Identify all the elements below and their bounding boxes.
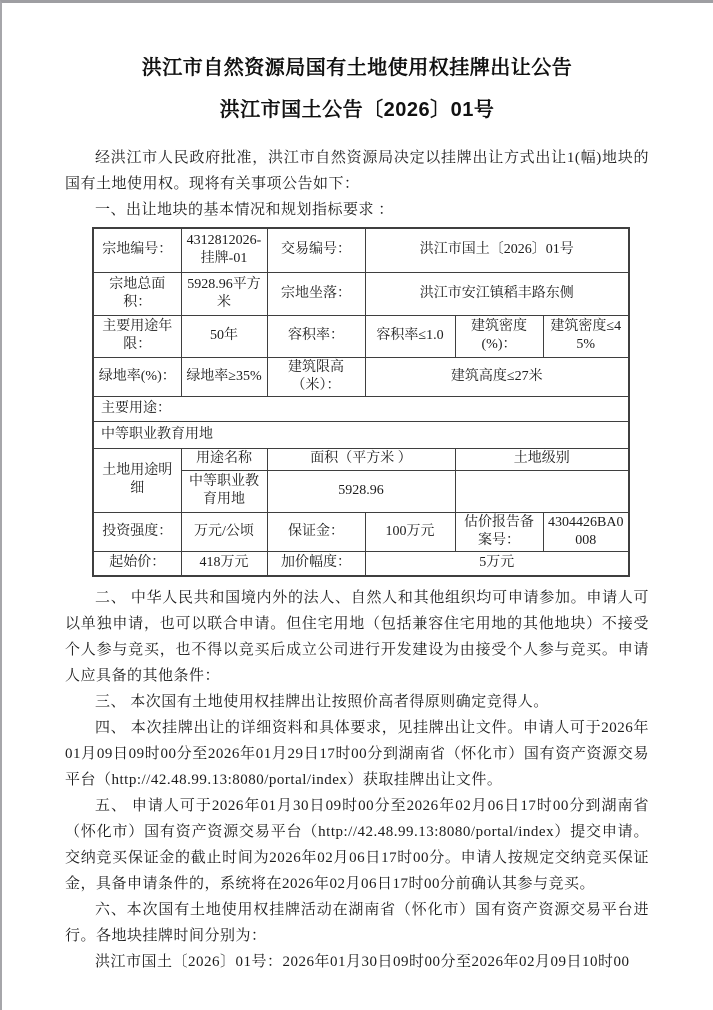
parcel-no-label: 宗地编号： xyxy=(93,228,181,272)
row-main-use-value: 中等职业教育用地 xyxy=(93,421,629,448)
parcel-no-value: 4312812026-挂牌-01 xyxy=(181,228,267,272)
density-value: 建筑密度≤45% xyxy=(543,315,629,357)
row-green-height: 绿地率(%)： 绿地率≥35% 建筑限高（米）： 建筑高度≤27米 xyxy=(93,357,629,396)
term-value: 50年 xyxy=(181,315,267,357)
row-term-ratio-density: 主要用途年限： 50年 容积率： 容积率≤1.0 建筑密度(%)： 建筑密度≤4… xyxy=(93,315,629,357)
paragraph-section4: 四、 本次挂牌出让的详细资料和具体要求，见挂牌出让文件。申请人可于2026年01… xyxy=(65,715,649,793)
trade-no-value: 洪江市国土〔2026〕01号 xyxy=(365,228,629,272)
row-main-use-label: 主要用途： xyxy=(93,396,629,421)
paragraph-section5: 五、 申请人可于2026年01月30日09时00分至2026年02月06日17时… xyxy=(65,793,649,897)
location-label: 宗地坐落： xyxy=(267,272,365,315)
row-investment-deposit: 投资强度： 万元/公顷 保证金： 100万元 估价报告备案号： 4304426B… xyxy=(93,512,629,551)
use-detail-label: 土地用途明细 xyxy=(93,448,181,512)
trade-no-label: 交易编号： xyxy=(267,228,365,272)
green-value: 绿地率≥35% xyxy=(181,357,267,396)
location-value: 洪江市安江镇稻丰路东侧 xyxy=(365,272,629,315)
investment-value: 万元/公顷 xyxy=(181,512,267,551)
paragraph-section3: 三、 本次国有土地使用权挂牌出让按照价高者得原则确定竞得人。 xyxy=(65,689,649,715)
use-name-value: 中等职业教育用地 xyxy=(181,470,267,512)
density-label: 建筑密度(%)： xyxy=(455,315,543,357)
document-title: 洪江市自然资源局国有土地使用权挂牌出让公告 xyxy=(65,55,649,81)
section1-heading: 一、出让地块的基本情况和规划指标要求 ： xyxy=(65,197,649,223)
appraisal-label: 估价报告备案号： xyxy=(455,512,543,551)
green-label: 绿地率(%)： xyxy=(93,357,181,396)
appraisal-value: 4304426BA0008 xyxy=(543,512,629,551)
row-use-detail-header: 土地用途明细 用途名称 面积（平方米 ） 土地级别 xyxy=(93,448,629,470)
increment-value: 5万元 xyxy=(365,551,629,576)
height-limit-value: 建筑高度≤27米 xyxy=(365,357,629,396)
main-use-label: 主要用途： xyxy=(93,396,629,421)
row-area-location: 宗地总面积： 5928.96平方米 宗地坐落： 洪江市安江镇稻丰路东侧 xyxy=(93,272,629,315)
height-limit-label: 建筑限高（米）： xyxy=(267,357,365,396)
deposit-value: 100万元 xyxy=(365,512,455,551)
intro-paragraph: 经洪江市人民政府批准，洪江市自然资源局决定以挂牌出让方式出让1(幅)地块的国有土… xyxy=(65,145,649,197)
use-area-header: 面积（平方米 ） xyxy=(267,448,455,470)
announcement-page: 洪江市自然资源局国有土地使用权挂牌出让公告 洪江市国土公告〔2026〕01号 经… xyxy=(0,0,713,1010)
term-label: 主要用途年限： xyxy=(93,315,181,357)
area-label: 宗地总面积： xyxy=(93,272,181,315)
land-grade-value xyxy=(455,470,629,512)
deposit-label: 保证金： xyxy=(267,512,365,551)
plot-ratio-value: 容积率≤1.0 xyxy=(365,315,455,357)
main-use-value: 中等职业教育用地 xyxy=(93,421,629,448)
investment-label: 投资强度： xyxy=(93,512,181,551)
row-start-price: 起始价： 418万元 加价幅度： 5万元 xyxy=(93,551,629,576)
row-parcel-number: 宗地编号： 4312812026-挂牌-01 交易编号： 洪江市国土〔2026〕… xyxy=(93,228,629,272)
paragraph-section6: 六、本次国有土地使用权挂牌活动在湖南省（怀化市）国有资产资源交易平台进行。各地块… xyxy=(65,897,649,949)
parcel-info-table: 宗地编号： 4312812026-挂牌-01 交易编号： 洪江市国土〔2026〕… xyxy=(92,227,630,577)
land-grade-header: 土地级别 xyxy=(455,448,629,470)
start-price-value: 418万元 xyxy=(181,551,267,576)
plot-ratio-label: 容积率： xyxy=(267,315,365,357)
use-name-header: 用途名称 xyxy=(181,448,267,470)
start-price-label: 起始价： xyxy=(93,551,181,576)
use-area-value: 5928.96 xyxy=(267,470,455,512)
area-value: 5928.96平方米 xyxy=(181,272,267,315)
increment-label: 加价幅度： xyxy=(267,551,365,576)
paragraph-section2: 二、 中华人民共和国境内外的法人、自然人和其他组织均可申请参加。申请人可以单独申… xyxy=(65,585,649,689)
paragraph-listing-time: 洪江市国土〔2026〕01号：2026年01月30日09时00分至2026年02… xyxy=(65,949,649,975)
document-number: 洪江市国土公告〔2026〕01号 xyxy=(65,97,649,123)
